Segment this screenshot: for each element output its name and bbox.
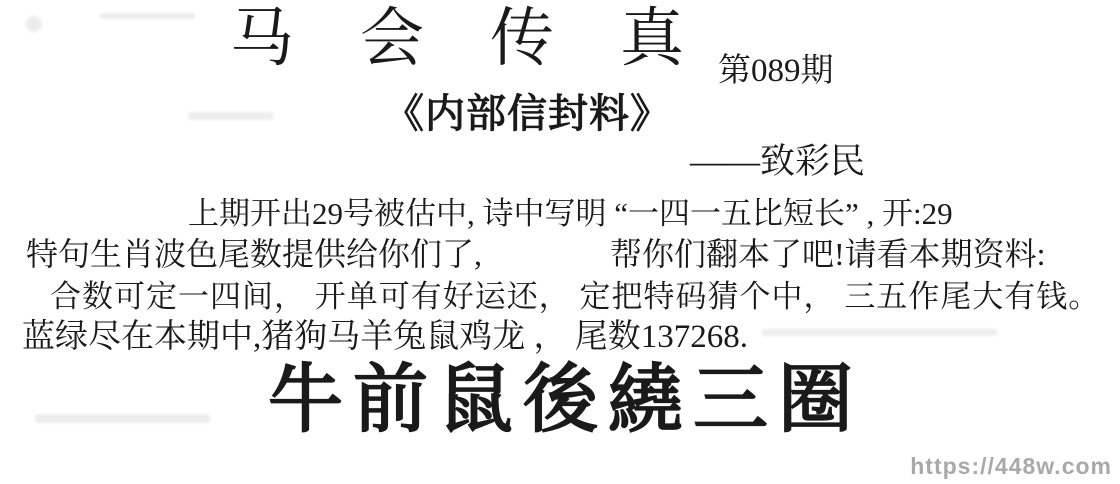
scan-smudge: [762, 329, 997, 336]
scan-smudge: [100, 13, 195, 19]
headline-riddle: 牛前鼠後繞三圈: [268, 362, 863, 441]
subtitle: 《内部信封料》: [384, 82, 671, 139]
site-watermark: https://448w.com: [910, 453, 1112, 480]
issue-number-label: 第089期: [718, 44, 834, 91]
zodiac-tail-line: 蓝绿尽在本期中,猪狗马羊兔鼠鸡龙 ， 尾数137268.: [22, 310, 748, 357]
page-title: 马会传真: [230, 4, 750, 74]
tip-intro-right: 帮你们翻本了吧!请看本期资料:: [610, 229, 1046, 275]
previous-result-line: 上期开出29号被估中, 诗中写明 “一四一五比短长” , 开:29: [188, 188, 953, 233]
fax-sheet: 马会传真 第089期 《内部信封料》 ——致彩民 上期开出29号被估中, 诗中写…: [0, 0, 1120, 484]
scan-smudge: [26, 16, 42, 32]
tip-intro-left: 特句生肖波色尾数提供给你们了,: [26, 229, 482, 275]
dedication-line: ——致彩民: [690, 134, 865, 184]
scan-smudge: [35, 414, 210, 423]
scan-smudge: [188, 112, 273, 120]
